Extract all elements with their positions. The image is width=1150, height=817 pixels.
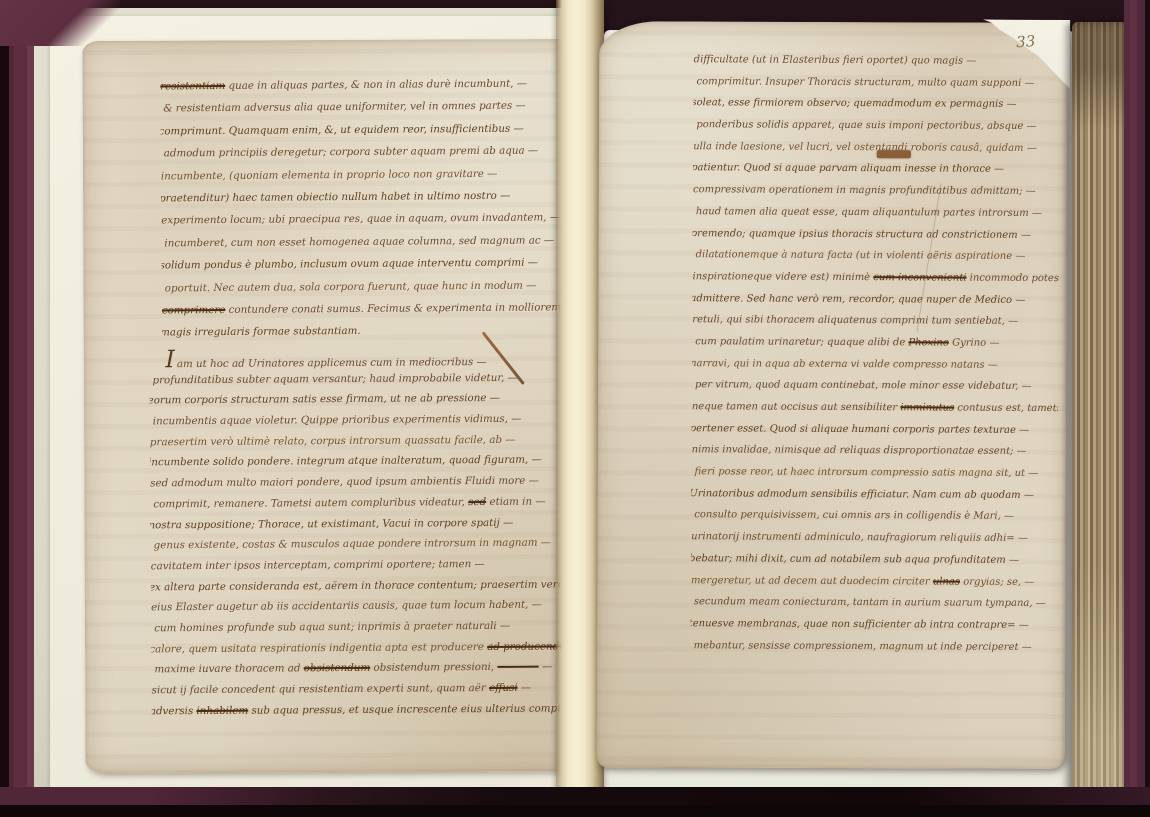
left-manuscript-page: resistentiam quae in aliquas partes, & n… (82, 39, 579, 773)
manuscript-line: ponderibus solidis apparet, quae suis im… (696, 114, 1059, 138)
manuscript-line: praesertim verò ultimè relato, corpus in… (150, 429, 574, 453)
right-manuscript-page: 33 difficultate (ut in Elasteribus fieri… (597, 21, 1068, 769)
manuscript-line: mebantur, sensisse compressionem, magnum… (694, 635, 1057, 659)
manuscript-line: soleat, esse firmiorem observo; quemadmo… (691, 93, 1059, 117)
manuscript-line: sed admodum multo maiori pondere, quod i… (150, 471, 574, 495)
ink-stain (877, 150, 911, 158)
manuscript-line: comprimere contundere conati sumus. Feci… (162, 296, 574, 322)
manuscript-line: Urinatoribus admodum sensibilis efficiat… (691, 483, 1058, 507)
manuscript-line: incumbentis aquae violetur. Quippe prior… (153, 408, 574, 432)
manuscript-line: comprimitur. Insuper Thoracis structuram… (697, 71, 1060, 95)
manuscript-line: sicut ij facile concedent qui resistenti… (152, 677, 576, 701)
binding-cover-bottom-shadow (0, 805, 1150, 817)
binding-cover-right (1124, 0, 1150, 817)
manuscript-line: incumbente, (quoniam elementa in proprio… (161, 162, 573, 188)
manuscript-line: oportuit. Nec autem dua, sola corpora fu… (165, 274, 574, 300)
manuscript-line: mergeretur, ut ad decem aut duodecim cir… (691, 570, 1057, 594)
manuscript-line: eius Elaster augetur ab iis accidentarii… (151, 595, 575, 619)
manuscript-line: neque tamen aut occisus aut sensibiliter… (692, 396, 1058, 420)
manuscript-line: calore, quem usitata respirationis indig… (149, 636, 575, 660)
manuscript-line: difficultate (ut in Elasteribus fieri op… (694, 49, 1060, 73)
manuscript-line: inspirationeque videre est) minimè cum i… (692, 266, 1058, 290)
manuscript-line: praetenditur) haec tamen obiectio nullum… (160, 184, 573, 210)
manuscript-line: retuli, qui sibi thoracem aliquatenus co… (692, 309, 1058, 333)
manuscript-line: ex altera parte consideranda est, aërem … (149, 574, 575, 598)
manuscript-line: maxime iuvare thoracem ad obsistendum ob… (154, 657, 575, 681)
manuscript-line: secundum meam coniecturam, tantam in aur… (694, 591, 1057, 615)
manuscript-line: admittere. Sed hanc verò rem, recordor, … (691, 288, 1059, 312)
right-page-text: difficultate (ut in Elasteribus fieri op… (691, 49, 1060, 658)
manuscript-line: cum homines profunde sub aqua sunt; inpr… (154, 615, 575, 639)
manuscript-line: tenuesve membranas, quae non sufficiente… (691, 613, 1057, 637)
binding-cover-top-left (0, 0, 120, 46)
binding-cover-left (0, 0, 34, 817)
manuscript-line: cavitatem inter ipsos interceptam, compr… (151, 553, 575, 577)
manuscript-line: comprimunt. Quamquam enim, &, ut equidem… (160, 117, 573, 143)
manuscript-line: magis irregularis formae substantiam. (160, 319, 574, 345)
manuscript-line: per vitrum, quod aquam continebat, mole … (695, 375, 1058, 399)
manuscript-line: narravi, qui in aqua ab externa vi valde… (691, 353, 1059, 377)
manuscript-line: fieri posse reor, ut haec introrsum comp… (694, 461, 1057, 485)
manuscript-line: dilatationemque à natura facta (ut in vi… (696, 244, 1059, 268)
manuscript-line: & resistentiam adversus alia quae unifor… (163, 95, 572, 121)
manuscript-line: genus existente, costas & musculos aquae… (154, 533, 575, 557)
manuscript-line: adversis inhabilem sub aqua pressus, et … (150, 698, 576, 722)
manuscript-line: eorum corporis structuram satis esse fir… (149, 388, 573, 412)
manuscript-line: consulto perquisivissem, cui omnis ars i… (694, 505, 1057, 529)
manuscript-line: incumberet, cum non esset homogenea aqua… (164, 229, 573, 255)
manuscript-line: comprimit, remanere. Tametsi autem compl… (153, 491, 574, 515)
manuscript-line: compressivam operationem in magnis profu… (693, 179, 1059, 203)
manuscript-line: bebatur; mihi dixit, cum ad notabilem su… (691, 548, 1058, 572)
manuscript-line: solidum pondus è plumbo, inclusum ovum a… (160, 251, 574, 277)
manuscript-line: nostra suppositione; Thorace, ut existim… (149, 512, 574, 536)
manuscript-line: incumbente solido pondere. integrum atqu… (149, 450, 574, 474)
manuscript-book-photo: resistentiam quae in aliquas partes, & n… (0, 0, 1150, 817)
manuscript-line: nimis invalidae, nimisque ad reliquas di… (692, 440, 1058, 464)
page-stack-fore-edge (1072, 22, 1129, 802)
left-page-paragraph-1: resistentiam quae in aliquas partes, & n… (160, 72, 574, 344)
manuscript-line: admodum principiis deregetur; corpora su… (164, 139, 573, 165)
left-page-paragraph-2: Iam ut hoc ad Urinatores applicemus cum … (149, 346, 576, 721)
manuscript-line: experimento locum; ubi praecipua res, qu… (161, 207, 573, 233)
manuscript-line: urinatorij instrumenti adminiculo, naufr… (691, 526, 1057, 550)
manuscript-line: patientur. Quod si aquae parvam aliquam … (691, 158, 1059, 182)
manuscript-line: haud tamen alia queat esse, quam aliquan… (696, 201, 1059, 225)
manuscript-line: premendo; quamque ipsius thoracis struct… (691, 223, 1059, 247)
page-number: 33 (1016, 34, 1036, 50)
manuscript-line: cum paulatim urinaretur; quaque alibi de… (695, 331, 1058, 355)
manuscript-line: pertener esset. Quod si aliquae humani c… (691, 418, 1058, 442)
manuscript-line: resistentiam quae in aliquas partes, & n… (160, 72, 572, 98)
